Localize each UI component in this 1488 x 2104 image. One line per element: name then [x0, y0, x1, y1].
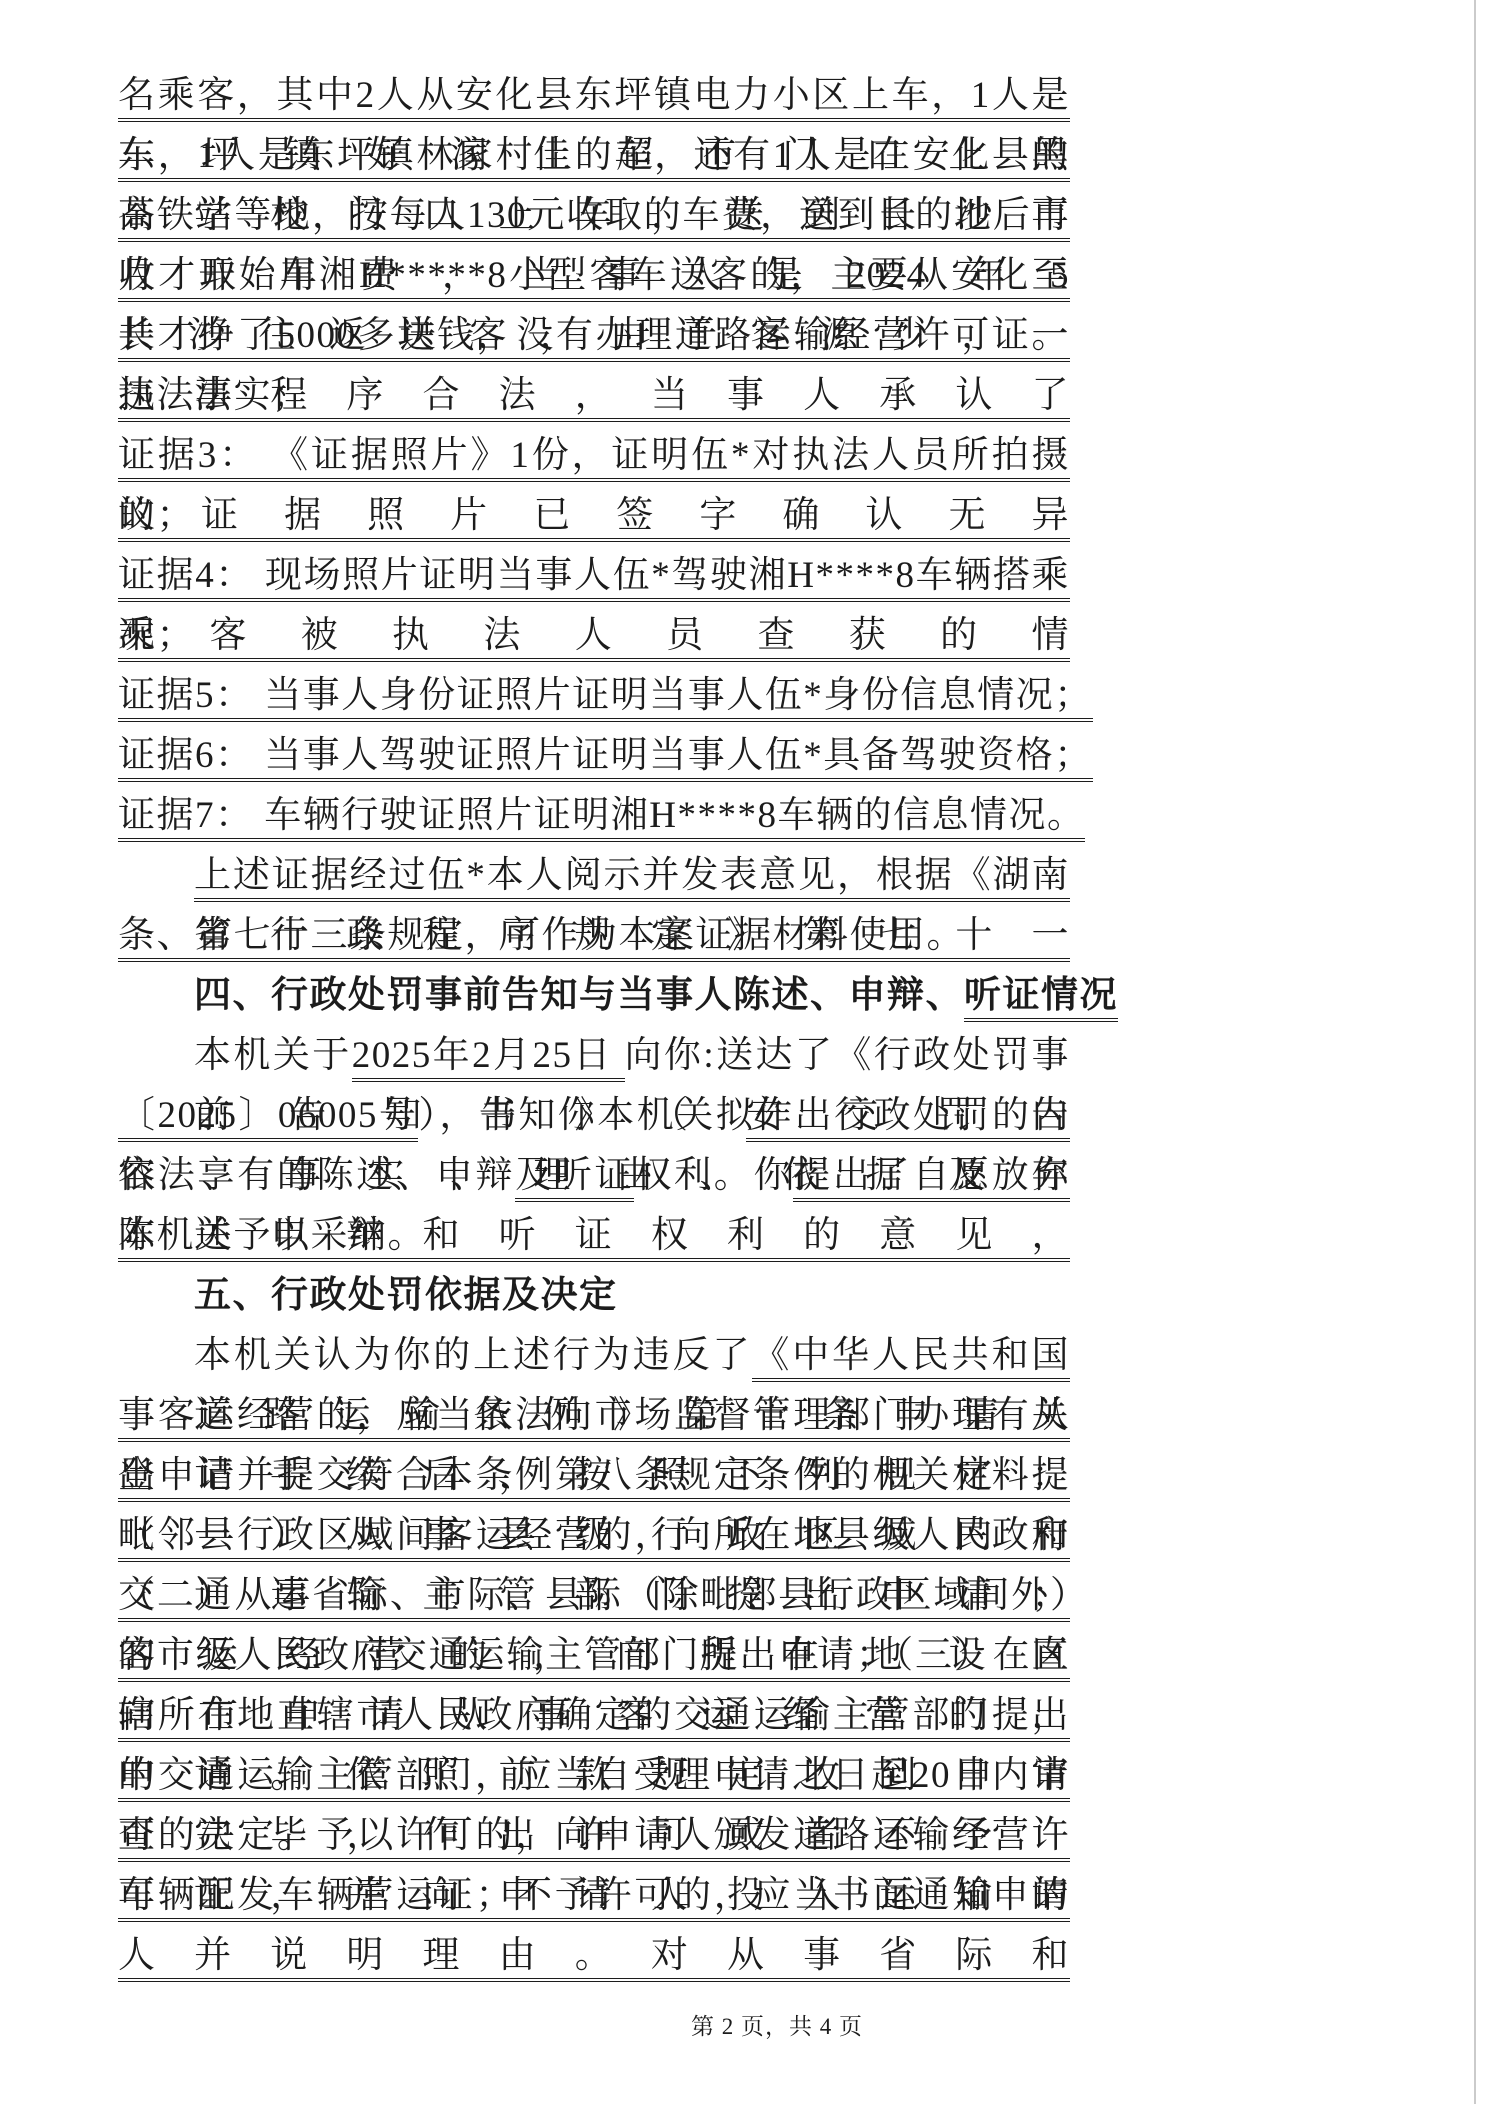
filled-blank-text: 况；	[118, 615, 195, 662]
filled-blank-text: 本机关予以采纳。	[118, 1215, 426, 1262]
filled-blank-text: 听证情况	[964, 975, 1118, 1022]
text-segment: 本机关于	[194, 1035, 352, 1076]
scan-edge-line	[1474, 0, 1476, 2104]
text-line: 车，1人是东坪镇林家村上的车，还有1人是在安化县黑茶学校门口上车，送到长沙市	[118, 126, 1070, 186]
text-line: 可的决定。予以许可的，向申请人颁发道路运输经营许可证，并向申请人投入运输的	[118, 1806, 1070, 1866]
section-heading: 五、行政处罚依据及决定	[118, 1266, 1070, 1326]
filled-blank-text: 及听证	[515, 1155, 634, 1202]
text-line: 月才开始用湘H*****8小型客车送客的，主要从安化至长沙往返送客，由于客源少，…	[118, 246, 1070, 306]
text-line: 〔2025〕06005号），告知你本机关拟作出行政处罚的内容、事实、理由、依据及…	[118, 1086, 1070, 1146]
text-segment: 本机关认为你的上述行为违反了	[194, 1335, 752, 1376]
text-line: 的市级人民政府交通运输主管部门提出申请；（三）在直辖市申请从事客运经营的，	[118, 1626, 1070, 1686]
filled-blank-text: 证据7： 车辆行驶证照片证明湘H****8车辆的信息情况。	[118, 795, 1085, 842]
text-line: 毗邻县行政区域间客运经营的，向所在地县级人民政府交通运输主管部门提出申请；	[118, 1506, 1070, 1566]
text-line: 证据5： 当事人身份证照片证明当事人伍*身份信息情况；	[118, 666, 1070, 726]
text-line: 证据4： 现场照片证明当事人伍*驾驶湘H****8车辆搭乘乘客被执法人员查获的情	[118, 546, 1070, 606]
text-line: 证据7： 车辆行驶证照片证明湘H****8车辆的信息情况。	[118, 786, 1070, 846]
section-heading: 四、行政处罚事前告知与当事人陈述、申辩、听证情况	[118, 966, 1070, 1026]
text-segment: 权利。你	[634, 1155, 793, 1196]
page-footer: 第 2 页，共 4 页	[577, 2008, 977, 2041]
text-line: 证据3： 《证据照片》1份，证明伍*对执法人员所拍摄的证据照片已签字确认无异	[118, 426, 1070, 486]
document-page: 名乘客，其中2人从安化县东坪镇电力小区上车，1人是东坪镇好润佳超市门口上的车，1…	[0, 0, 1488, 2104]
text-segment: 四、行政处罚事前告知与当事人陈述、申辩、	[194, 975, 964, 1016]
text-line: 的交通运输主管部门，应当自受理申请之日起20日内审查完毕，作出许可或者不予许	[118, 1746, 1070, 1806]
text-segment: 依法享有的陈述、申辩	[118, 1155, 515, 1196]
text-line: 依法享有的陈述、申辩及听证权利。你提出了自愿放弃陈述申辩和听证权利的意见，	[118, 1146, 1070, 1206]
text-line: 证据6： 当事人驾驶证照片证明当事人伍*具备驾驶资格；	[118, 726, 1070, 786]
text-line: 名乘客，其中2人从安化县东坪镇电力小区上车，1人是东坪镇好润佳超市门口上的	[118, 66, 1070, 126]
document-body: 名乘客，其中2人从安化县东坪镇电力小区上车，1人是东坪镇好润佳超市门口上的车，1…	[118, 66, 1070, 1926]
filled-blank-text: 车辆配发车辆营运证；不予许可的，应当书面通知申请人并说明理由。对从事省际和	[118, 1875, 1070, 1982]
filled-blank-text: 2025年2月25日	[352, 1035, 625, 1082]
text-line: 本机关认为你的上述行为违反了《中华人民共和国道路运输条例》第十条申请从	[118, 1326, 1070, 1386]
text-line: 出申请并提交符合本条例第八条规定条件的相关材料：（一）从事县级行政区域内和	[118, 1446, 1070, 1506]
filled-blank-text: 条、第七十三条规定，可作为本案证据材料使用。	[118, 915, 965, 962]
filled-blank-text: 证据4： 现场照片证明当事人伍*驾驶湘H****8车辆搭乘乘客被执法人员查获的情	[118, 555, 1070, 662]
filled-blank-text: 证据6： 当事人驾驶证照片证明当事人伍*具备驾驶资格；	[118, 735, 1093, 782]
filled-blank-text: 证据5： 当事人身份证照片证明当事人伍*身份信息情况；	[118, 675, 1093, 722]
text-line: 车辆配发车辆营运证；不予许可的，应当书面通知申请人并说明理由。对从事省际和	[118, 1866, 1070, 1926]
filled-blank-text: 违法事实；	[118, 375, 311, 422]
text-line: （二）从事省际、市际、县际（除毗邻县行政区域间外）客运经营的，向所在地设区	[118, 1566, 1070, 1626]
text-line: 条、第七十三条规定，可作为本案证据材料使用。	[118, 906, 1070, 966]
filled-blank-text: 证据3： 《证据照片》1份，证明伍*对执法人员所拍摄的证据照片已签字确认无异	[118, 435, 1070, 542]
filled-blank-text: 〔2025〕06005号	[118, 1095, 418, 1142]
filled-blank-text: 议；	[118, 495, 195, 542]
text-line: 事客运经营的，应当依法向市场监督管理部门办理有关登记手续后，按照下列规定提	[118, 1386, 1070, 1446]
text-line: 高铁站等地，按每人130元收取的车费，送到目的地后再收取车费，当事人是2024年…	[118, 186, 1070, 246]
text-line: 向所在地直辖市人民政府确定的交通运输主管部门提出申请。依照前款规定收到申请	[118, 1686, 1070, 1746]
text-segment: 五、行政处罚依据及决定	[194, 1275, 618, 1316]
text-line: 本机关于2025年2月25日 向你:送达了《行政处罚事前告知书》（安交罚告	[118, 1026, 1070, 1086]
text-line: 共才挣了5000多块钱，没有办理道路运输经营许可证。执法程序合法，当事人承认了	[118, 306, 1070, 366]
text-line: 上述证据经过伍*本人阅示并发表意见，根据《湖南省行政程序规定》第七十一	[118, 846, 1070, 906]
